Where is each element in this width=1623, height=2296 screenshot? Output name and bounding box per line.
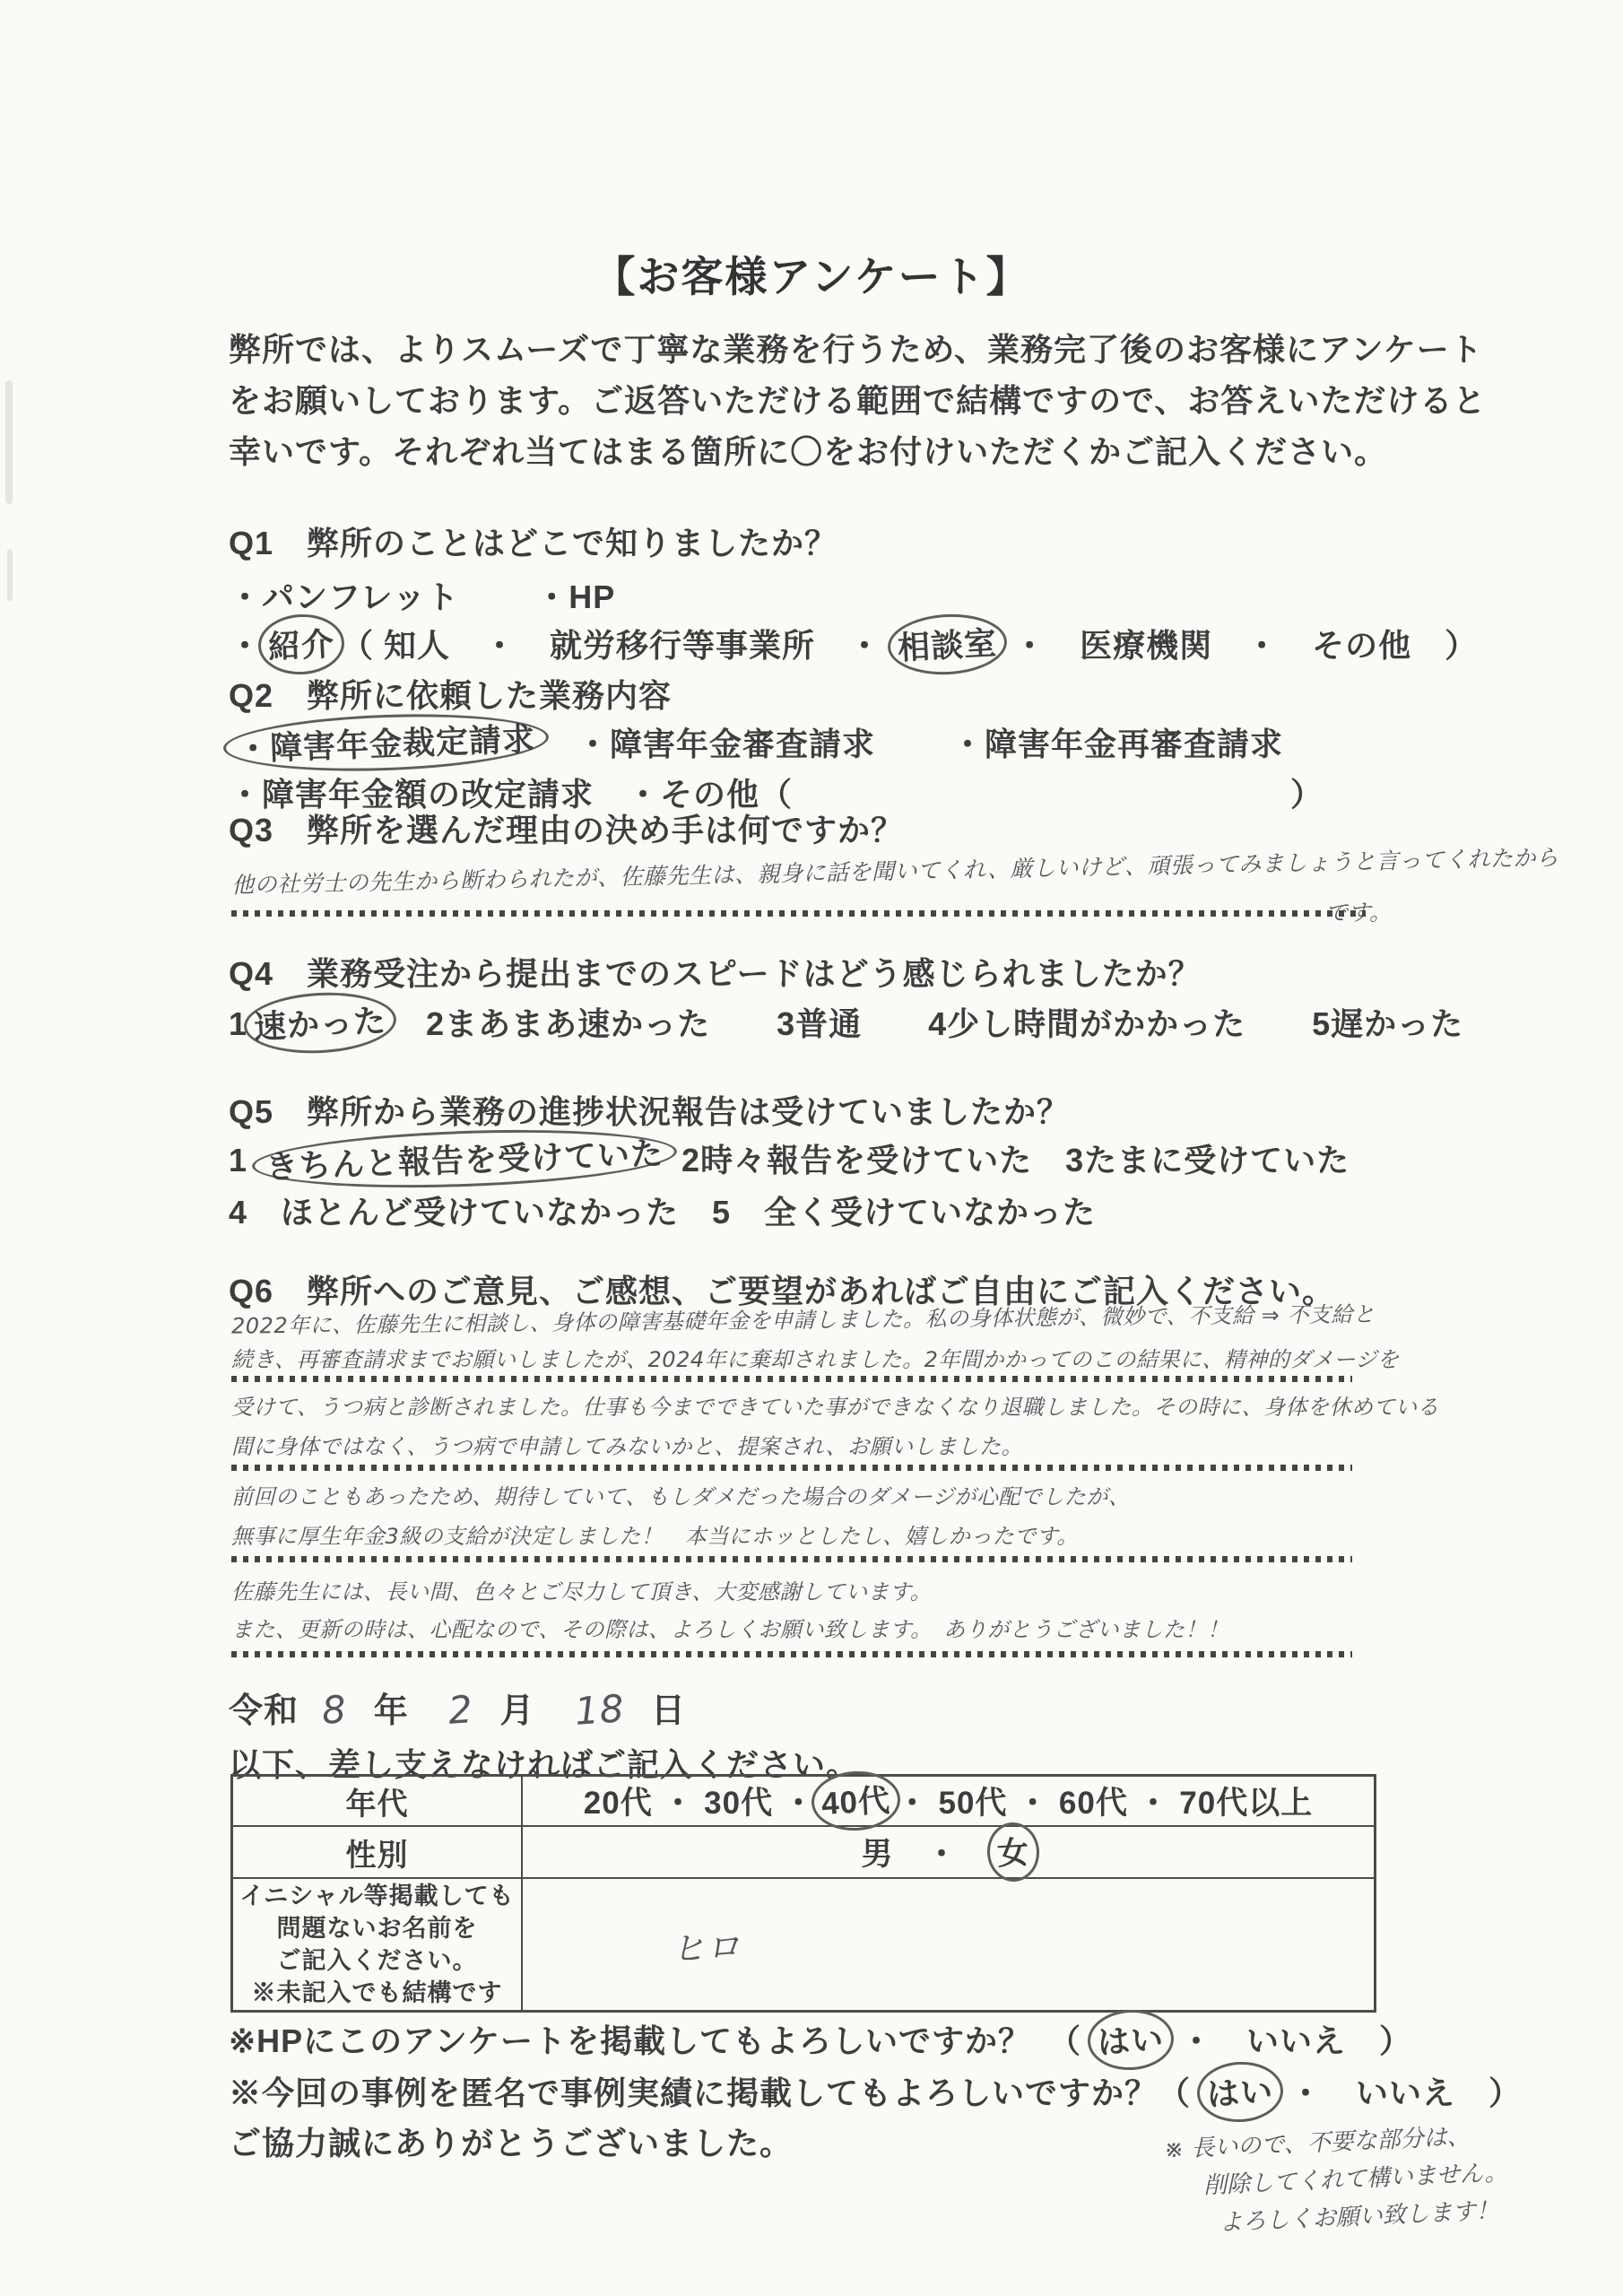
case-publish-text: ※今回の事例を匿名で事例実績に掲載してもよろしいですか？（ — [229, 2074, 1201, 2111]
page-title: 【お客様アンケート】 — [593, 244, 1029, 304]
year-value-handwritten: 8 — [320, 1687, 348, 1733]
gender-options: 男 ・ 女 — [523, 1825, 1374, 1877]
q2-options-row1: ・障害年金裁定請求 ・障害年金審査請求 ・障害年金再審査請求 — [229, 719, 1283, 766]
day-label: 日 — [651, 1683, 686, 1732]
hp-publish-yes-circled: はい — [1086, 2008, 1175, 2073]
gender-female-circled: 女 — [985, 1822, 1040, 1883]
name-label-line-4: ※未記入でも結構です — [252, 1977, 503, 2009]
case-publish-yes-circled: はい — [1195, 2060, 1284, 2125]
dotted-separator — [231, 1464, 1352, 1471]
q4-fast-circled: 速かった — [242, 989, 397, 1057]
q1-options-row2: ・紹介（ 知人 ・ 就労移行等事業所 ・ 相談室 ・ 医療機関 ・ その他 ） — [229, 621, 1478, 667]
dotted-separator — [231, 1650, 1352, 1657]
q2-options-rest: ・障害年金審査請求 ・障害年金再審査請求 — [543, 726, 1283, 762]
q4-options: 1速かった 2まあまあ速かった 3普通 4少し時間がかかった 5遅かった — [229, 999, 1463, 1046]
name-value-cell: ヒロ — [523, 1877, 1374, 2010]
q1-referral-circled: 紹介 — [256, 613, 345, 677]
gender-row-label: 性別 — [233, 1825, 523, 1877]
respondent-info-table: 年代 20代 ・ 30代 ・ 40代 ・ 50代 ・ 60代 ・ 70代以上 性… — [230, 1774, 1376, 2013]
q4-options-rest: 2まあまあ速かった 3普通 4少し時間がかかった 5遅かった — [393, 1005, 1463, 1042]
scan-artifact — [7, 549, 13, 601]
intro-line-3: 幸いです。それぞれ当てはまる箇所に〇をお付けいただくかご記入ください。 — [229, 427, 1387, 473]
q1-options-mid: （ 知人 ・ 就労移行等事業所 ・ — [341, 627, 891, 664]
q4-heading: Q4 業務受注から提出までのスピードはどう感じられましたか？ — [229, 949, 1202, 995]
scan-artifact — [5, 380, 13, 504]
day-value-handwritten: 18 — [573, 1686, 626, 1734]
hp-publish-options-end: ・ いいえ ） — [1170, 2022, 1412, 2059]
name-row-label: イニシャル等掲載しても 問題ないお名前を ご記入ください。 ※未記入でも結構です — [233, 1877, 523, 2010]
q3-heading: Q3 弊所を選んだ理由の決め手は何ですか？ — [229, 805, 904, 851]
q6-comment-line-7: 佐藤先生には、長い間、色々とご尽力して頂き、大変感謝しています。 — [231, 1574, 932, 1605]
q1-bullet: ・ — [229, 627, 262, 664]
intro-line-1: 弊所では、よりスムーズで丁寧な業務を行うため、業務完了後のお客様にアンケート — [229, 325, 1483, 370]
name-label-line-3: ご記入ください。 — [277, 1944, 478, 1977]
q1-options-end: ・ 医療機関 ・ その他 ） — [1003, 627, 1478, 664]
case-publish-question: ※今回の事例を匿名で事例実績に掲載してもよろしいですか？（ はい ・ いいえ ） — [229, 2068, 1522, 2115]
q6-comment-line-4: 間に身体ではなく、うつ病で申請してみないかと、提案され、お願いしました。 — [231, 1429, 1023, 1460]
gender-male: 男 — [861, 1830, 893, 1874]
name-label-line-2: 問題ないお名前を — [277, 1912, 478, 1944]
survey-page: 【お客様アンケート】 弊所では、よりスムーズで丁寧な業務を行うため、業務完了後の… — [0, 0, 1623, 2296]
dotted-separator — [231, 1555, 1352, 1562]
q2-saitei-circled: ・障害年金裁定請求 — [222, 709, 550, 777]
q1-soudan-circled: 相談室 — [886, 612, 1008, 678]
q6-comment-line-2: 続き、再審査請求までお願いしましたが、2024年に棄却されました。2年間かかって… — [231, 1342, 1399, 1373]
month-value-handwritten: 2 — [447, 1687, 474, 1733]
case-publish-options-end: ・ いいえ ） — [1280, 2074, 1522, 2111]
dotted-separator — [231, 1375, 1352, 1382]
age-options: 20代 ・ 30代 ・ 40代 ・ 50代 ・ 60代 ・ 70代以上 — [523, 1777, 1374, 1825]
year-label: 年 — [374, 1683, 409, 1732]
hp-publish-question: ※HPにこのアンケートを掲載してもよろしいですか？ （ はい ・ いいえ ） — [229, 2016, 1412, 2063]
name-label-line-1: イニシャル等掲載しても — [239, 1880, 514, 1912]
age-options-post: ・ 50代 ・ 60代 ・ 70代以上 — [897, 1779, 1313, 1823]
dotted-separator — [231, 909, 1366, 917]
q1-heading: Q1 弊所のことはどこで知りましたか？ — [229, 518, 838, 564]
q6-comment-line-6: 無事に厚生年金3級の支給が決定しました！ 本当にホッとしたし、嬉しかったです。 — [231, 1518, 1079, 1550]
q5-option-1-number: 1 — [229, 1142, 257, 1178]
gender-separator: ・ — [893, 1830, 990, 1874]
name-handwritten: ヒロ — [670, 1918, 742, 1970]
q5-heading: Q5 弊所から業務の進捗状況報告は受けていましたか？ — [229, 1087, 1070, 1133]
hp-publish-text: ※HPにこのアンケートを掲載してもよろしいですか？ （ — [229, 2022, 1091, 2059]
date-row: 令和 8 年 2 月 18 日 — [229, 1683, 686, 1732]
q6-comment-line-5: 前回のこともあったため、期待していて、もしダメだった場合のダメージが心配でしたが… — [231, 1479, 1130, 1510]
handwritten-note: ※ 長いので、不要な部分は、 削除してくれて構いません。 よろしくお願い致します… — [1163, 2117, 1510, 2245]
era-label: 令和 — [229, 1683, 299, 1732]
q5-report-circled: きちんと報告を受けていた — [251, 1124, 678, 1195]
q6-comment-line-8: また、更新の時は、心配なので、その際は、よろしくお願い致します。 ありがとうござ… — [231, 1612, 1229, 1643]
q6-comment-line-3: 受けて、うつ病と診断されました。仕事も今までできていた事ができなくなり退職しまし… — [231, 1389, 1439, 1421]
thanks-line: ご協力誠にありがとうございました。 — [229, 2118, 793, 2164]
q2-close-paren: ） — [1290, 776, 1324, 813]
age-40s-circled: 40代 — [810, 1769, 901, 1832]
q5-options-row2: 4 ほとんど受けていなかった 5 全く受けていなかった — [229, 1187, 1096, 1233]
age-row-label: 年代 — [233, 1777, 523, 1825]
q1-options-row1: ・パンフレット ・HP — [229, 572, 615, 618]
q5-options-row1: 1 きちんと報告を受けていた 2時々報告を受けていた 3たまに受けていた — [229, 1135, 1350, 1182]
age-options-pre: 20代 ・ 30代 ・ — [584, 1779, 815, 1823]
q2-heading: Q2 弊所に依頼した業務内容 — [229, 671, 672, 717]
month-label: 月 — [500, 1683, 535, 1732]
intro-line-2: をお願いしております。ご返答いただける範囲で結構ですので、お答えいただけると — [229, 376, 1486, 422]
q5-options-rest: 2時々報告を受けていた 3たまに受けていた — [672, 1142, 1350, 1178]
